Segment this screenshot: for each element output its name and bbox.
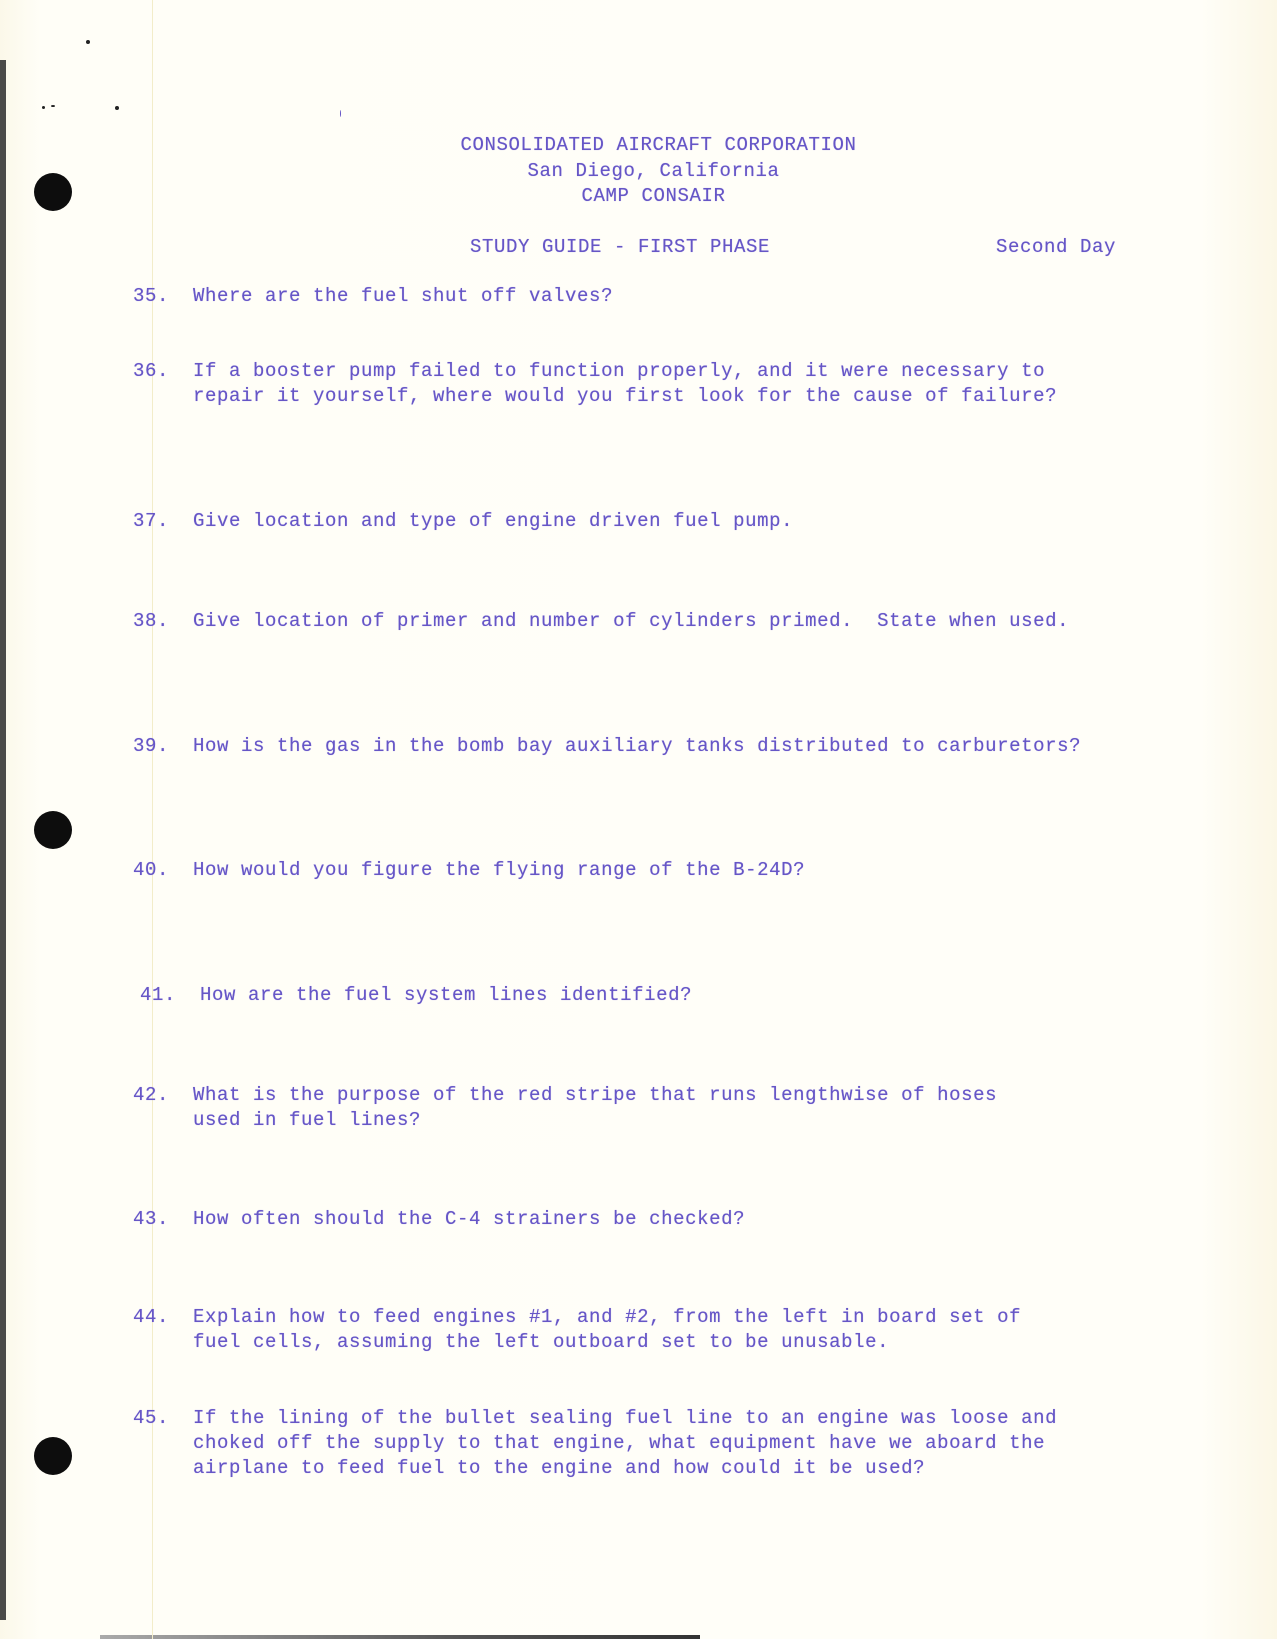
camp-name: CAMP CONSAIR <box>15 185 1277 207</box>
question-text: How is the gas in the bomb bay auxiliary… <box>193 734 1081 759</box>
question-number: 35. <box>133 284 193 309</box>
question-text: Give location of primer and number of cy… <box>193 609 1069 634</box>
question-number: 37. <box>133 509 193 534</box>
question-number: 42. <box>133 1083 193 1133</box>
question-item: 44. Explain how to feed engines #1, and … <box>133 1305 1173 1355</box>
document-title: STUDY GUIDE - FIRST PHASE <box>470 236 770 258</box>
question-text: If the lining of the bullet sealing fuel… <box>193 1406 1057 1481</box>
company-location: San Diego, California <box>15 160 1277 182</box>
question-number: 38. <box>133 609 193 634</box>
question-number: 36. <box>133 359 193 409</box>
question-number: 39. <box>133 734 193 759</box>
scan-speck <box>51 105 55 107</box>
scan-speck <box>340 110 341 117</box>
question-number: 44. <box>133 1305 193 1355</box>
question-item: 35. Where are the fuel shut off valves? <box>133 284 1173 309</box>
question-item: 41. How are the fuel system lines identi… <box>140 983 1180 1008</box>
scan-speck <box>42 106 45 109</box>
document-page: CONSOLIDATED AIRCRAFT CORPORATION San Di… <box>0 0 1277 1639</box>
question-number: 41. <box>140 983 200 1008</box>
question-text: What is the purpose of the red stripe th… <box>193 1083 997 1133</box>
question-number: 43. <box>133 1207 193 1232</box>
question-text: How would you figure the flying range of… <box>193 858 805 883</box>
question-item: 37. Give location and type of engine dri… <box>133 509 1173 534</box>
question-text: Give location and type of engine driven … <box>193 509 793 534</box>
question-item: 38. Give location of primer and number o… <box>133 609 1173 634</box>
question-item: 43. How often should the C-4 strainers b… <box>133 1207 1173 1232</box>
question-item: 45. If the lining of the bullet sealing … <box>133 1406 1173 1481</box>
question-item: 40. How would you figure the flying rang… <box>133 858 1173 883</box>
question-number: 45. <box>133 1406 193 1481</box>
day-label: Second Day <box>996 236 1116 258</box>
paper-fold-line <box>152 0 153 1639</box>
question-number: 40. <box>133 858 193 883</box>
question-item: 42. What is the purpose of the red strip… <box>133 1083 1173 1133</box>
company-name: CONSOLIDATED AIRCRAFT CORPORATION <box>20 134 1277 156</box>
question-text: If a booster pump failed to function pro… <box>193 359 1057 409</box>
punch-hole-icon <box>34 811 72 849</box>
question-item: 39. How is the gas in the bomb bay auxil… <box>133 734 1173 759</box>
scan-speck <box>86 40 90 44</box>
question-text: How are the fuel system lines identified… <box>200 983 692 1008</box>
scan-left-edge <box>0 60 6 1620</box>
question-item: 36. If a booster pump failed to function… <box>133 359 1173 409</box>
question-text: Where are the fuel shut off valves? <box>193 284 613 309</box>
question-text: How often should the C-4 strainers be ch… <box>193 1207 745 1232</box>
punch-hole-icon <box>34 1437 72 1475</box>
question-text: Explain how to feed engines #1, and #2, … <box>193 1305 1021 1355</box>
scan-bottom-edge <box>100 1635 700 1639</box>
scan-speck <box>115 106 119 110</box>
